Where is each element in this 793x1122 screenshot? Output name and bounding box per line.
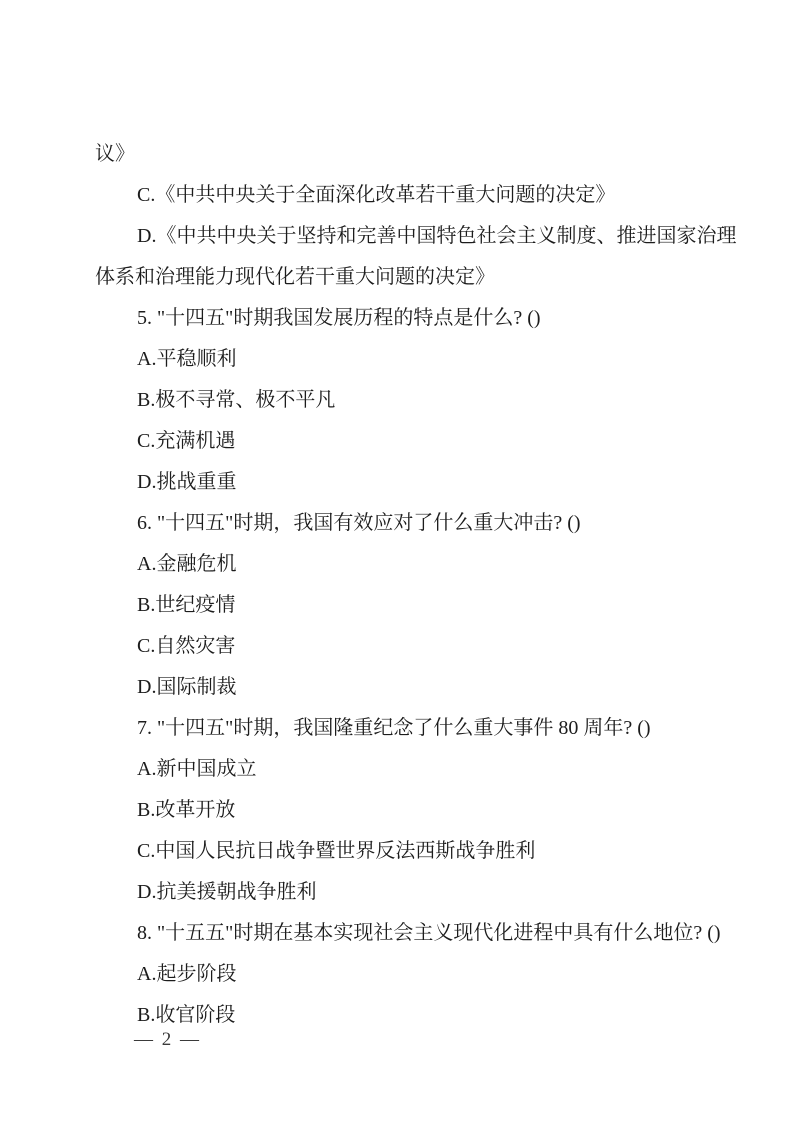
question-8-stem: 8. "十五五"时期在基本实现社会主义现代化进程中具有什么地位? () [95,913,720,954]
question-7-option-c: C.中国人民抗日战争暨世界反法西斯战争胜利 [95,831,720,872]
question-5: 5. "十四五"时期我国发展历程的特点是什么? () A.平稳顺利 B.极不寻常… [95,298,720,503]
question-6: 6. "十四五"时期，我国有效应对了什么重大冲击? () A.金融危机 B.世纪… [95,503,720,708]
question-8: 8. "十五五"时期在基本实现社会主义现代化进程中具有什么地位? () A.起步… [95,913,720,1036]
carryover-wrapped-line: 议》 [95,134,720,175]
carryover-option-c: C.《中共中央关于全面深化改革若干重大问题的决定》 [95,175,720,216]
carryover-option-d: D.《中共中央关于坚持和完善中国特色社会主义制度、推进国家治理 [95,216,720,257]
question-7-option-a: A.新中国成立 [95,749,720,790]
page-number: — 2 — [134,1029,201,1050]
question-8-option-a: A.起步阶段 [95,954,720,995]
question-5-option-c: C.充满机遇 [95,421,720,462]
page-footer: — 2 — [134,1026,201,1054]
question-5-stem: 5. "十四五"时期我国发展历程的特点是什么? () [95,298,720,339]
document-page: 议》 C.《中共中央关于全面深化改革若干重大问题的决定》 D.《中共中央关于坚持… [0,0,793,1122]
question-6-stem: 6. "十四五"时期，我国有效应对了什么重大冲击? () [95,503,720,544]
question-6-option-b: B.世纪疫情 [95,585,720,626]
question-7-option-d: D.抗美援朝战争胜利 [95,872,720,913]
question-7: 7. "十四五"时期，我国隆重纪念了什么重大事件 80 周年? () A.新中国… [95,708,720,913]
question-5-option-a: A.平稳顺利 [95,339,720,380]
question-6-option-c: C.自然灾害 [95,626,720,667]
question-5-option-b: B.极不寻常、极不平凡 [95,380,720,421]
question-7-option-b: B.改革开放 [95,790,720,831]
carryover-option-d-wrap: 体系和治理能力现代化若干重大问题的决定》 [95,257,720,298]
document-body: 议》 C.《中共中央关于全面深化改革若干重大问题的决定》 D.《中共中央关于坚持… [95,134,720,1036]
question-6-option-d: D.国际制裁 [95,667,720,708]
question-5-option-d: D.挑战重重 [95,462,720,503]
question-6-option-a: A.金融危机 [95,544,720,585]
question-7-stem: 7. "十四五"时期，我国隆重纪念了什么重大事件 80 周年? () [95,708,720,749]
